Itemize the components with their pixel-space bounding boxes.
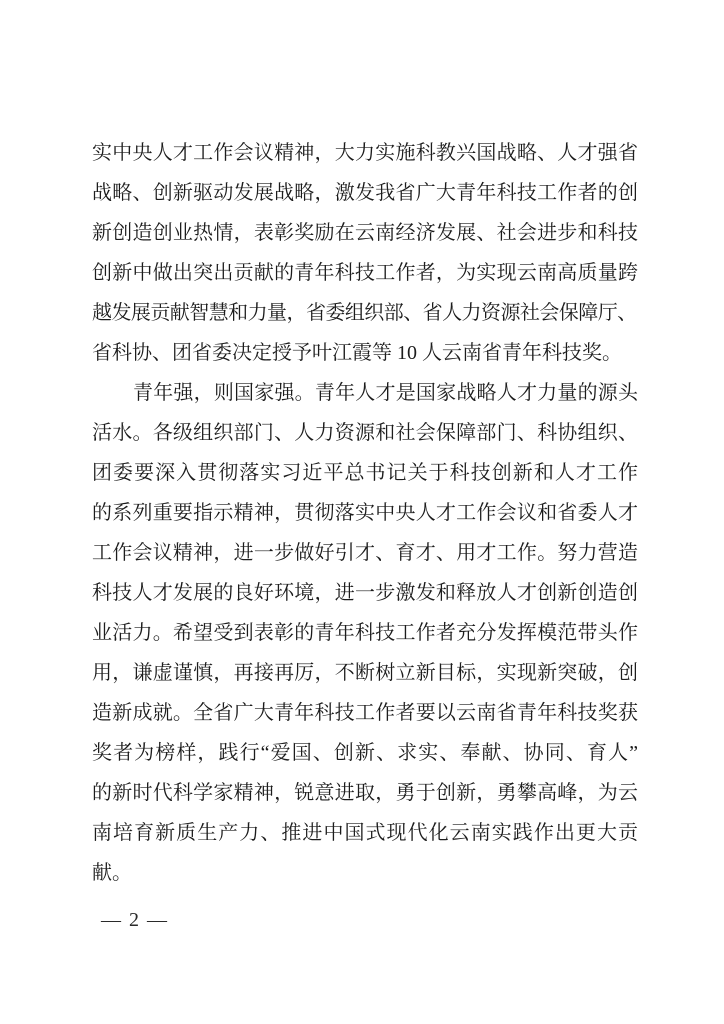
text-line: 的新时代科学家精神，锐意进取，勇于创新，勇攀高峰，为云 <box>92 773 638 813</box>
page-number: — 2 — <box>101 906 169 934</box>
text-line: 用，谦虚谨慎，再接再厉，不断树立新目标，实现新突破，创 <box>92 653 638 693</box>
text-line: 科技人才发展的良好环境，进一步激发和释放人才创新创造创 <box>92 573 638 613</box>
paragraph-2: 青年强，则国家强。青年人才是国家战略人才力量的源头 活水。各级组织部门、人力资源… <box>92 373 638 893</box>
text-line: 奖者为榜样，践行“爱国、创新、求实、奉献、协同、育人” <box>92 733 638 773</box>
text-line: 南培育新质生产力、推进中国式现代化云南实践作出更大贡 <box>92 813 638 853</box>
text-line: 的系列重要指示精神，贯彻落实中央人才工作会议和省委人才 <box>92 493 638 533</box>
text-line: 省科协、团省委决定授予叶江霞等 10 人云南省青年科技奖。 <box>92 333 638 373</box>
text-line: 团委要深入贯彻落实习近平总书记关于科技创新和人才工作 <box>92 453 638 493</box>
text-line: 业活力。希望受到表彰的青年科技工作者充分发挥模范带头作 <box>92 613 638 653</box>
text-line: 实中央人才工作会议精神，大力实施科教兴国战略、人才强省 <box>92 133 638 173</box>
text-line: 青年强，则国家强。青年人才是国家战略人才力量的源头 <box>92 373 638 413</box>
text-line: 新创造创业热情，表彰奖励在云南经济发展、社会进步和科技 <box>92 213 638 253</box>
text-line: 工作会议精神，进一步做好引才、育才、用才工作。努力营造 <box>92 533 638 573</box>
text-line: 献。 <box>92 853 638 893</box>
text-line: 越发展贡献智慧和力量，省委组织部、省人力资源社会保障厅、 <box>92 293 638 333</box>
document-body: 实中央人才工作会议精神，大力实施科教兴国战略、人才强省 战略、创新驱动发展战略，… <box>92 133 638 893</box>
document-page: 实中央人才工作会议精神，大力实施科教兴国战略、人才强省 战略、创新驱动发展战略，… <box>0 0 724 1024</box>
paragraph-1: 实中央人才工作会议精神，大力实施科教兴国战略、人才强省 战略、创新驱动发展战略，… <box>92 133 638 373</box>
text-line: 战略、创新驱动发展战略，激发我省广大青年科技工作者的创 <box>92 173 638 213</box>
text-line: 创新中做出突出贡献的青年科技工作者，为实现云南高质量跨 <box>92 253 638 293</box>
text-line: 造新成就。全省广大青年科技工作者要以云南省青年科技奖获 <box>92 693 638 733</box>
text-line: 活水。各级组织部门、人力资源和社会保障部门、科协组织、 <box>92 413 638 453</box>
